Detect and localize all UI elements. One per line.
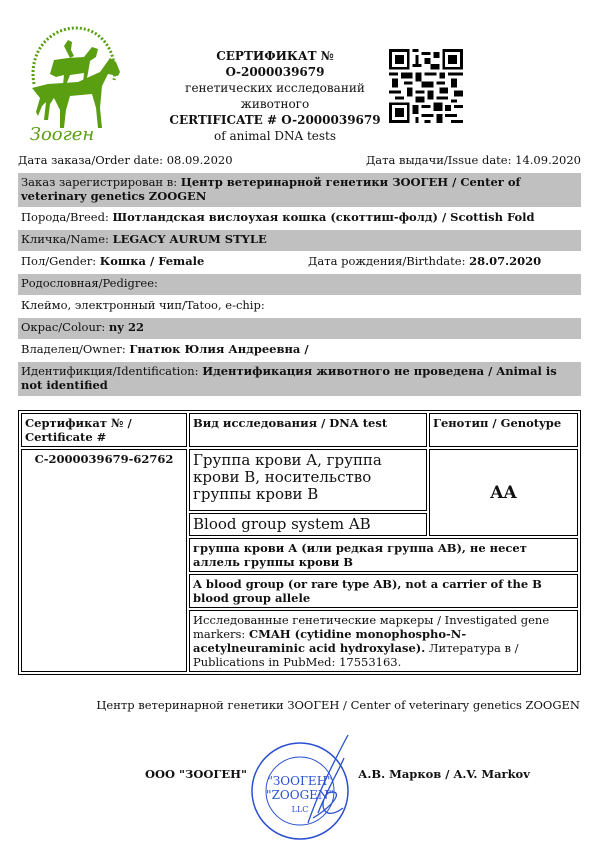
test-name-en: Blood group system AB xyxy=(189,513,427,536)
issuing-center: Центр ветеринарной генетики ЗООГЕН / Cen… xyxy=(96,698,580,712)
issue-date-label: Дата выдачи/Issue date: xyxy=(366,153,512,167)
registered-label: Заказ зарегистрирован в: xyxy=(21,175,177,189)
markers-info: Исследованные генетические маркеры / Inv… xyxy=(189,610,578,672)
birthdate-value: 28.07.2020 xyxy=(469,254,541,268)
colour-value: ny 22 xyxy=(109,320,144,334)
breed-value: Шотландская вислоухая кошка (скоттиш-фол… xyxy=(113,210,535,224)
registered-row: Заказ зарегистрирован в: Центр ветеринар… xyxy=(18,173,581,207)
header-dna-test: Вид исследования / DNA test xyxy=(189,413,427,447)
identification-row: Идентификция/Identification: Идентификац… xyxy=(18,362,581,396)
subtitle-ru-1: генетических исследований xyxy=(165,80,385,96)
issue-date-value: 14.09.2020 xyxy=(515,153,581,167)
gender-row: Пол/Gender: Кошка / Female Дата рождения… xyxy=(18,252,581,273)
identification-label: Идентификция/Identification: xyxy=(21,364,199,378)
chip-label: Клеймо, электронный чип/Tatoo, e-chip: xyxy=(21,298,265,312)
header-genotype: Генотип / Genotype xyxy=(429,413,578,447)
header-certificate: Сертификат № / Certificate # xyxy=(21,413,187,447)
result-ru: группа крови A (или редкая группа AB), н… xyxy=(189,538,578,572)
name-label: Кличка/Name: xyxy=(21,232,109,246)
title-ru: СЕРТИФИКАТ № О-2000039679 xyxy=(165,48,385,80)
chip-row: Клеймо, электронный чип/Tatoo, e-chip: xyxy=(18,296,581,317)
qr-code-icon xyxy=(389,49,463,123)
certificate-number: C-2000039679-62762 xyxy=(21,449,187,672)
birthdate: Дата рождения/Birthdate: 28.07.2020 xyxy=(308,254,541,268)
results-table: Сертификат № / Certificate # Вид исследо… xyxy=(18,410,581,675)
gender-label: Пол/Gender: xyxy=(21,254,96,268)
stamp-icon: "ЗООГЕН" "ZOOGEN" LLC xyxy=(248,733,360,843)
test-name-ru: Группа крови A, группа крови B, носитель… xyxy=(189,449,427,511)
order-date-label: Дата заказа/Order date: xyxy=(18,153,163,167)
pedigree-label: Родословная/Pedigree: xyxy=(21,276,158,290)
dates-row: Дата заказа/Order date: 08.09.2020 Дата … xyxy=(18,153,581,167)
certificate-title-block: СЕРТИФИКАТ № О-2000039679 генетических и… xyxy=(165,48,385,144)
gender-value: Кошка / Female xyxy=(100,254,205,268)
order-date-value: 08.09.2020 xyxy=(167,153,233,167)
pedigree-row: Родословная/Pedigree: xyxy=(18,274,581,295)
subtitle-ru-2: животного xyxy=(165,96,385,112)
svg-text:LLC: LLC xyxy=(292,805,309,814)
result-en: A blood group (or rare type AB), not a c… xyxy=(189,574,578,608)
organization-name: ООО "ЗООГЕН" xyxy=(145,767,247,781)
table-header-row: Сертификат № / Certificate # Вид исследо… xyxy=(21,413,578,447)
breed-row: Порода/Breed: Шотландская вислоухая кошк… xyxy=(18,208,581,229)
name-value: LEGACY AURUM STYLE xyxy=(113,232,267,246)
svg-text:Зooген: Зooген xyxy=(30,124,95,145)
colour-label: Окрас/Colour: xyxy=(21,320,105,334)
issue-date: Дата выдачи/Issue date: 14.09.2020 xyxy=(366,153,581,167)
name-row: Кличка/Name: LEGACY AURUM STYLE xyxy=(18,230,581,251)
breed-label: Порода/Breed: xyxy=(21,210,109,224)
birthdate-label: Дата рождения/Birthdate: xyxy=(308,254,465,268)
zoogen-logo: Зooген xyxy=(20,22,128,147)
owner-label: Владелец/Owner: xyxy=(21,342,126,356)
genotype-value: AA xyxy=(429,449,578,536)
signer-name: А.В. Марков / A.V. Markov xyxy=(358,767,530,781)
subtitle-en: of animal DNA tests xyxy=(165,128,385,144)
table-row: C-2000039679-62762 Группа крови A, групп… xyxy=(21,449,578,511)
owner-value: Гнатюк Юлия Андреевна / xyxy=(129,342,308,356)
title-en: CERTIFICATE # O-2000039679 xyxy=(165,112,385,128)
owner-row: Владелец/Owner: Гнатюк Юлия Андреевна / xyxy=(18,340,581,361)
colour-row: Окрас/Colour: ny 22 xyxy=(18,318,581,339)
